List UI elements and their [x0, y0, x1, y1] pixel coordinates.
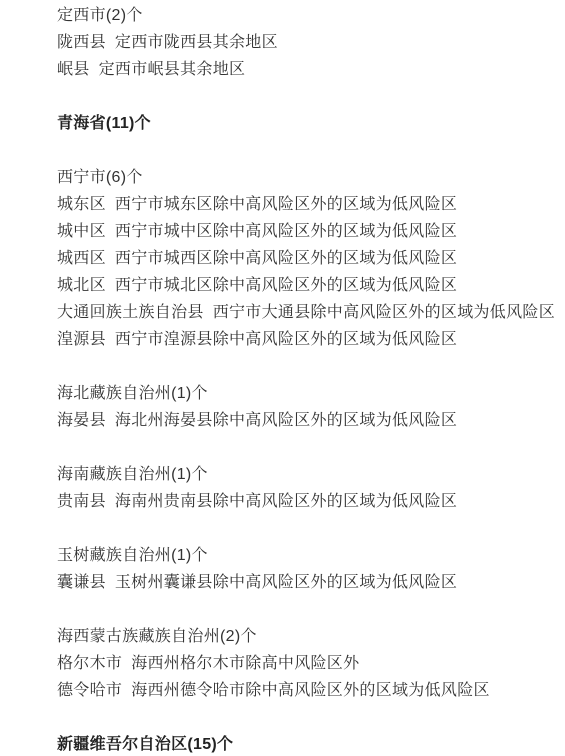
risk-area-entry: 岷县 定西市岷县其余地区: [57, 54, 551, 81]
region-name: 城北区: [57, 272, 106, 295]
region-name: 岷县: [57, 56, 90, 79]
spacer: [57, 81, 551, 108]
region-name: 大通回族土族自治县: [57, 299, 204, 322]
region-name: 城中区: [57, 218, 106, 241]
spacer: [57, 351, 551, 378]
city-group-header: 海北藏族自治州(1)个: [57, 378, 551, 405]
risk-level-description: 西宁市城北区除中高风险区外的区域为低风险区: [115, 272, 457, 295]
risk-area-entry: 德令哈市 海西州德令哈市除中高风险区外的区域为低风险区: [57, 675, 551, 702]
risk-area-entry: 城中区 西宁市城中区除中高风险区外的区域为低风险区: [57, 216, 551, 243]
city-group-header: 海南藏族自治州(1)个: [57, 459, 551, 486]
spacer: [57, 594, 551, 621]
risk-level-description: 西宁市大通县除中高风险区外的区域为低风险区: [213, 299, 555, 322]
risk-area-entry: 陇西县 定西市陇西县其余地区: [57, 27, 551, 54]
risk-area-entry: 格尔木市 海西州格尔木市除高中风险区外: [57, 648, 551, 675]
risk-level-description: 海北州海晏县除中高风险区外的区域为低风险区: [115, 407, 457, 430]
risk-area-entry: 大通回族土族自治县 西宁市大通县除中高风险区外的区域为低风险区: [57, 297, 551, 324]
risk-area-entry: 海晏县 海北州海晏县除中高风险区外的区域为低风险区: [57, 405, 551, 432]
risk-level-description: 海西州格尔木市除高中风险区外: [131, 650, 359, 673]
risk-area-entry: 城北区 西宁市城北区除中高风险区外的区域为低风险区: [57, 270, 551, 297]
risk-level-description: 西宁市城东区除中高风险区外的区域为低风险区: [115, 191, 457, 214]
spacer: [57, 513, 551, 540]
spacer: [57, 432, 551, 459]
region-name: 陇西县: [57, 29, 106, 52]
risk-level-description: 定西市岷县其余地区: [99, 56, 246, 79]
region-name: 城西区: [57, 245, 106, 268]
region-name: 德令哈市: [57, 677, 122, 700]
risk-area-entry: 城东区 西宁市城东区除中高风险区外的区域为低风险区: [57, 189, 551, 216]
risk-area-entry: 贵南县 海南州贵南县除中高风险区外的区域为低风险区: [57, 486, 551, 513]
region-name: 囊谦县: [57, 569, 106, 592]
risk-level-description: 定西市陇西县其余地区: [115, 29, 278, 52]
city-group-header: 玉树藏族自治州(1)个: [57, 540, 551, 567]
spacer: [57, 135, 551, 162]
risk-level-description: 西宁市湟源县除中高风险区外的区域为低风险区: [115, 326, 457, 349]
city-group-header: 西宁市(6)个: [57, 162, 551, 189]
region-name: 格尔木市: [57, 650, 122, 673]
risk-level-description: 西宁市城中区除中高风险区外的区域为低风险区: [115, 218, 457, 241]
province-header: 青海省(11)个: [57, 108, 551, 135]
region-name: 城东区: [57, 191, 106, 214]
region-name: 贵南县: [57, 488, 106, 511]
risk-level-description: 玉树州囊谦县除中高风险区外的区域为低风险区: [115, 569, 457, 592]
risk-area-entry: 城西区 西宁市城西区除中高风险区外的区域为低风险区: [57, 243, 551, 270]
city-group-header: 定西市(2)个: [57, 0, 551, 27]
risk-area-entry: 囊谦县 玉树州囊谦县除中高风险区外的区域为低风险区: [57, 567, 551, 594]
spacer: [57, 702, 551, 729]
risk-level-description: 海南州贵南县除中高风险区外的区域为低风险区: [115, 488, 457, 511]
risk-area-entry: 湟源县 西宁市湟源县除中高风险区外的区域为低风险区: [57, 324, 551, 351]
risk-level-description: 西宁市城西区除中高风险区外的区域为低风险区: [115, 245, 457, 268]
risk-level-description: 海西州德令哈市除中高风险区外的区域为低风险区: [131, 677, 490, 700]
region-name: 湟源县: [57, 326, 106, 349]
region-name: 海晏县: [57, 407, 106, 430]
province-header: 新疆维吾尔自治区(15)个: [57, 729, 551, 756]
city-group-header: 海西蒙古族藏族自治州(2)个: [57, 621, 551, 648]
risk-area-list-document: 定西市(2)个 陇西县 定西市陇西县其余地区 岷县 定西市岷县其余地区 青海省(…: [0, 0, 565, 756]
